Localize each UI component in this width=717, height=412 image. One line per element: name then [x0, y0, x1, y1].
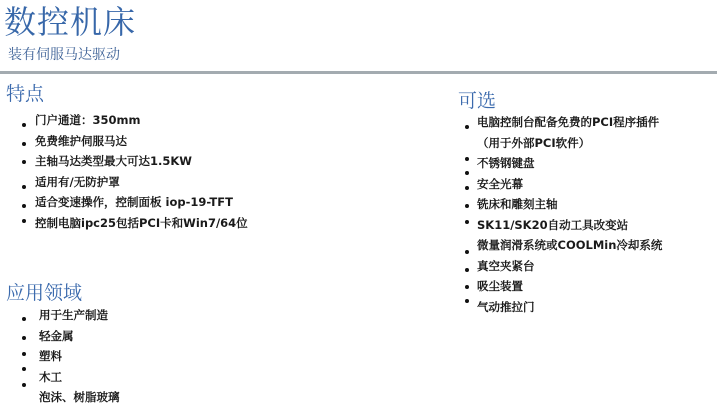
bullet-icon: [22, 185, 26, 189]
header-divider: [0, 71, 717, 74]
options-heading: 可选: [458, 89, 496, 113]
bullet-icon: [465, 268, 469, 272]
bullet-icon: [465, 157, 469, 161]
bullet-icon: [465, 171, 469, 175]
bullet-icon: [22, 142, 26, 146]
bullet-icon: [22, 336, 26, 340]
bullet-icon: [22, 204, 26, 208]
bullet-icon: [22, 219, 26, 223]
bullet-icon: [465, 250, 469, 254]
bullet-icon: [22, 123, 26, 127]
bullet-icon: [465, 125, 469, 129]
page-subtitle: 装有伺服马达驱动: [8, 46, 120, 64]
bullet-icon: [22, 352, 26, 356]
bullet-icon: [465, 220, 469, 224]
page-title: 数控机床: [4, 2, 136, 42]
bullet-icon: [22, 317, 26, 321]
features-heading: 特点: [6, 82, 44, 106]
bullet-icon: [22, 367, 26, 371]
bullet-icon: [22, 383, 26, 387]
bullet-icon: [465, 299, 469, 303]
applications-heading: 应用领域: [6, 281, 82, 305]
bullet-icon: [465, 186, 469, 190]
bullet-icon: [465, 204, 469, 208]
bullet-icon: [465, 285, 469, 289]
bullet-icon: [22, 160, 26, 164]
